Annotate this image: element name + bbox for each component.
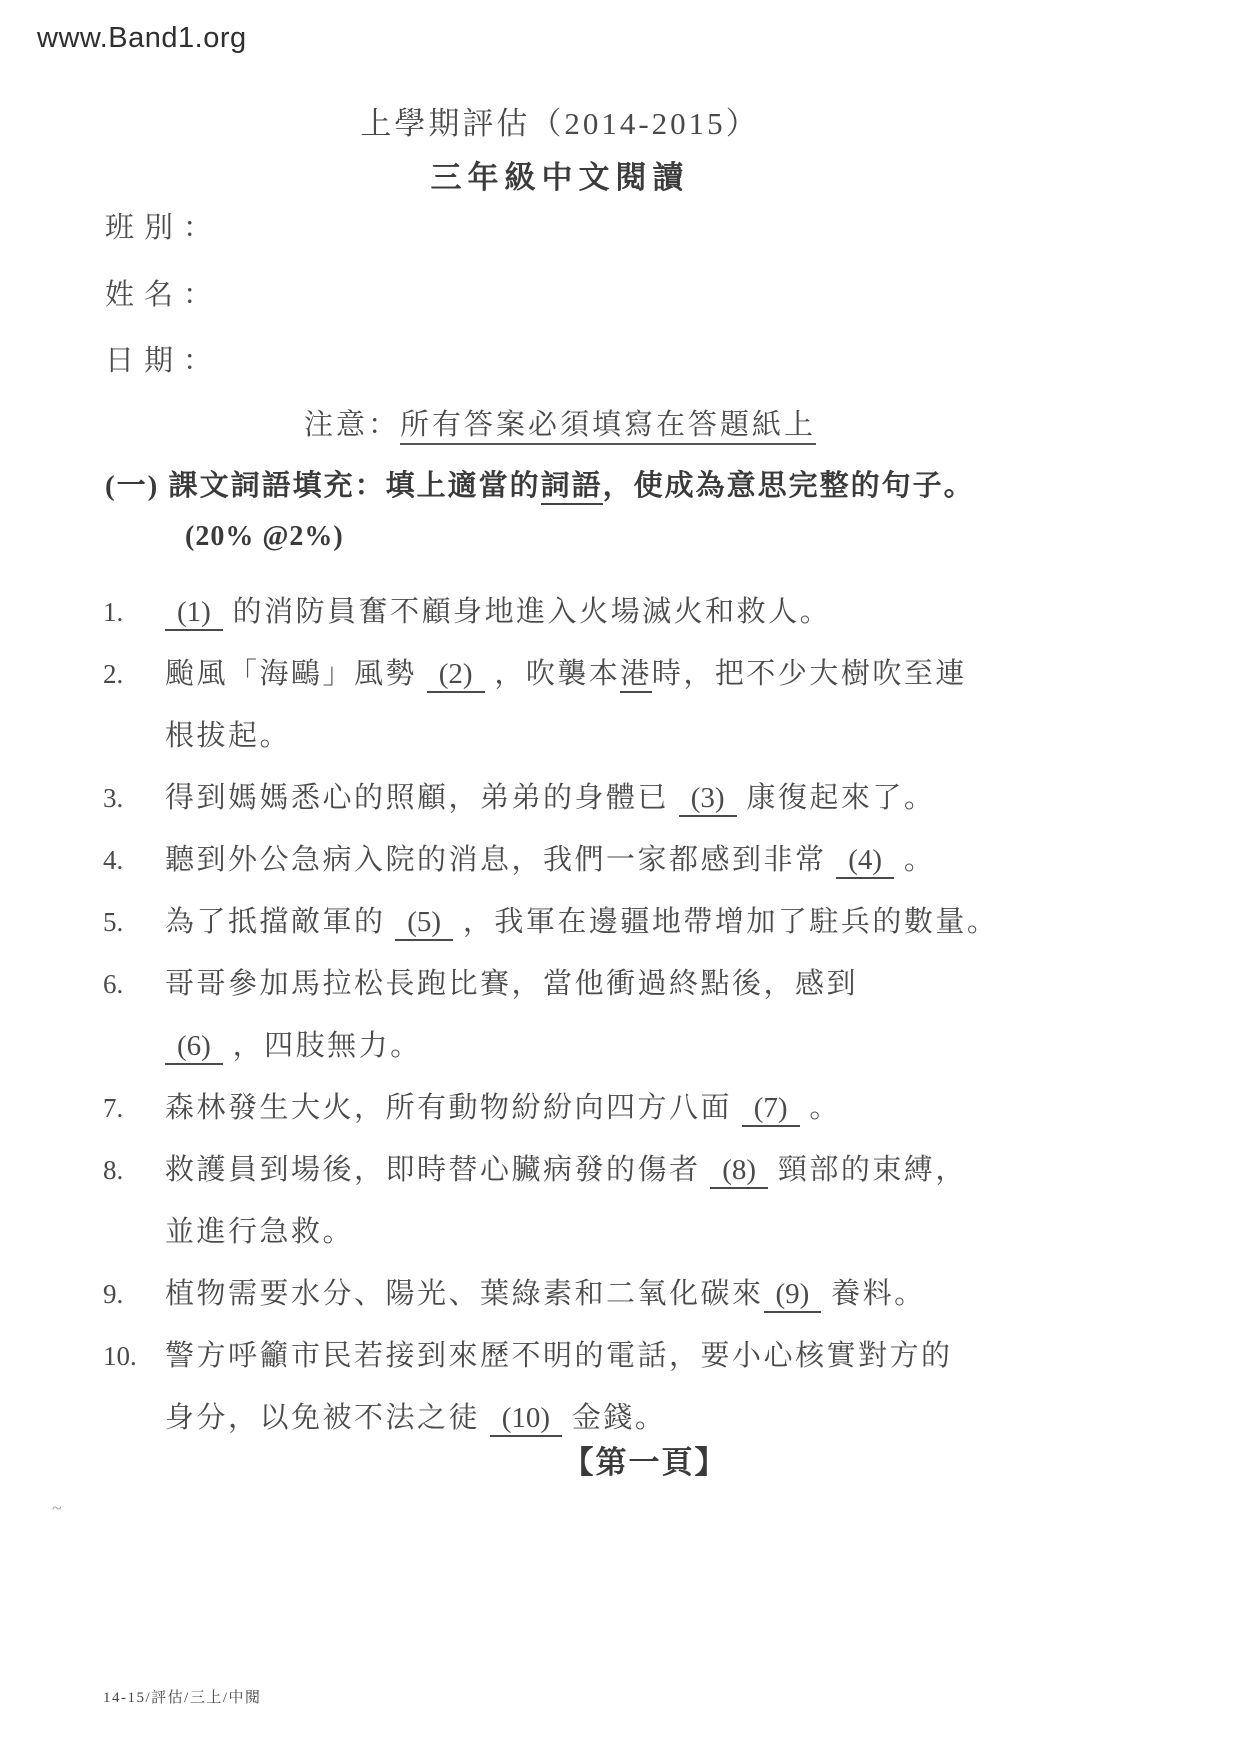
answer-blank: (5) — [395, 906, 453, 941]
question-text: 的消防員奮不顧身地進入火場滅火和救人。 — [223, 596, 831, 628]
question-text: 頸部的束縛， — [768, 1154, 967, 1186]
section-marks: (20% @2%) — [185, 521, 344, 553]
question-text: 養料。 — [821, 1278, 925, 1310]
question-row: 3.得到媽媽悉心的照顧，弟弟的身體已 (3) 康復起來了。 — [103, 778, 1123, 840]
question-row: 2.颱風「海鷗」風勢 (2) ，吹襲本港時，把不少大樹吹至連根拔起。 — [103, 654, 1123, 778]
question-line: 植物需要水分、陽光、葉綠素和二氧化碳來(9) 養料。 — [165, 1274, 1123, 1314]
question-line: 哥哥參加馬拉松長跑比賽，當他衝過終點後，感到 — [165, 964, 1123, 1004]
question-text: 植物需要水分、陽光、葉綠素和二氧化碳來 — [165, 1278, 764, 1310]
underlined-text: 港 — [620, 658, 652, 693]
question-text: ，吹襲本 — [485, 658, 621, 690]
answer-blank: (3) — [679, 782, 737, 817]
section-label: (一) — [105, 470, 159, 502]
question-text: 。 — [894, 844, 935, 876]
question-row: 6.哥哥參加馬拉松長跑比賽，當他衝過終點後，感到(6) ，四肢無力。 — [103, 964, 1123, 1088]
question-number: 9. — [103, 1274, 165, 1314]
question-text: 為了抵擋敵軍的 — [165, 906, 395, 938]
question-line: 森林發生大火，所有動物紛紛向四方八面 (7) 。 — [165, 1088, 1123, 1128]
field-date-label: 日期： — [105, 338, 222, 379]
section-heading-underlined: 詞語 — [541, 470, 603, 505]
question-line: 救護員到場後，即時替心臟病發的傷者 (8) 頸部的束縛， — [165, 1150, 1123, 1190]
question-body: 聽到外公急病入院的消息，我們一家都感到非常 (4) 。 — [165, 840, 1123, 902]
exam-title: 上學期評估（2014-2015） — [60, 98, 1060, 143]
question-line: 為了抵擋敵軍的 (5) ，我軍在邊疆地帶增加了駐兵的數量。 — [165, 902, 1123, 942]
page-marker: 【第一頁】 — [60, 1437, 1230, 1482]
question-text: 身分，以免被不法之徒 — [165, 1402, 490, 1434]
answer-blank: (6) — [165, 1030, 223, 1065]
question-line: 聽到外公急病入院的消息，我們一家都感到非常 (4) 。 — [165, 840, 1123, 880]
question-text: 救護員到場後，即時替心臟病發的傷者 — [165, 1154, 710, 1186]
question-line: 並進行急救。 — [165, 1212, 1123, 1252]
answer-blank: (8) — [710, 1154, 768, 1189]
answer-blank: (4) — [836, 844, 894, 879]
question-text: 金錢。 — [562, 1402, 666, 1434]
question-text: 森林發生大火，所有動物紛紛向四方八面 — [165, 1092, 742, 1124]
answer-blank: (1) — [165, 596, 223, 631]
question-body: 颱風「海鷗」風勢 (2) ，吹襲本港時，把不少大樹吹至連根拔起。 — [165, 654, 1123, 778]
notice-prefix: 注意： — [304, 409, 400, 441]
question-text: 時，把不少大樹吹至連 — [652, 658, 967, 690]
question-body: 救護員到場後，即時替心臟病發的傷者 (8) 頸部的束縛，並進行急救。 — [165, 1150, 1123, 1274]
question-line: 颱風「海鷗」風勢 (2) ，吹襲本港時，把不少大樹吹至連 — [165, 654, 1123, 694]
field-class-label: 班別： — [105, 205, 222, 246]
question-number: 5. — [103, 902, 165, 942]
section-heading-pre: 課文詞語填充：填上適當的 — [169, 470, 541, 502]
question-line: 警方呼籲市民若接到來歷不明的電話，要小心核實對方的 — [165, 1336, 1123, 1376]
question-text: 根拔起。 — [165, 720, 291, 752]
question-row: 7.森林發生大火，所有動物紛紛向四方八面 (7) 。 — [103, 1088, 1123, 1150]
question-text: 得到媽媽悉心的照顧，弟弟的身體已 — [165, 782, 679, 814]
question-number: 2. — [103, 654, 165, 694]
footer-reference: 14-15/評估/三上/中閱 — [103, 1686, 262, 1707]
question-row: 4.聽到外公急病入院的消息，我們一家都感到非常 (4) 。 — [103, 840, 1123, 902]
question-body: 植物需要水分、陽光、葉綠素和二氧化碳來(9) 養料。 — [165, 1274, 1123, 1336]
question-number: 4. — [103, 840, 165, 880]
scan-artifact-mark: ~ — [52, 1498, 62, 1519]
question-row: 9.植物需要水分、陽光、葉綠素和二氧化碳來(9) 養料。 — [103, 1274, 1123, 1336]
question-body: 得到媽媽悉心的照顧，弟弟的身體已 (3) 康復起來了。 — [165, 778, 1123, 840]
section-one-heading: (一) 課文詞語填充：填上適當的詞語，使成為意思完整的句子。 — [105, 463, 1185, 504]
answer-blank: (7) — [742, 1092, 800, 1127]
question-number: 1. — [103, 592, 165, 632]
question-text: ，我軍在邊疆地帶增加了駐兵的數量。 — [453, 906, 998, 938]
question-row: 5.為了抵擋敵軍的 (5) ，我軍在邊疆地帶增加了駐兵的數量。 — [103, 902, 1123, 964]
question-body: 為了抵擋敵軍的 (5) ，我軍在邊疆地帶增加了駐兵的數量。 — [165, 902, 1123, 964]
section-heading-post: ，使成為意思完整的句子。 — [603, 470, 975, 502]
question-number: 3. — [103, 778, 165, 818]
question-line: 得到媽媽悉心的照顧，弟弟的身體已 (3) 康復起來了。 — [165, 778, 1123, 818]
question-text: 康復起來了。 — [737, 782, 936, 814]
notice-line: 注意：所有答案必須填寫在答題紙上 — [60, 402, 1060, 443]
answer-blank: (9) — [764, 1278, 822, 1313]
question-text: 。 — [800, 1092, 841, 1124]
question-text: 聽到外公急病入院的消息，我們一家都感到非常 — [165, 844, 836, 876]
question-line: 身分，以免被不法之徒 (10) 金錢。 — [165, 1398, 1123, 1438]
question-text: 哥哥參加馬拉松長跑比賽，當他衝過終點後，感到 — [165, 968, 858, 1000]
question-text: 並進行急救。 — [165, 1216, 354, 1248]
site-watermark: www.Band1.org — [37, 22, 247, 55]
question-text: ，四肢無力。 — [223, 1030, 422, 1062]
question-body: (1) 的消防員奮不顧身地進入火場滅火和救人。 — [165, 592, 1123, 654]
question-line: (1) 的消防員奮不顧身地進入火場滅火和救人。 — [165, 592, 1123, 632]
answer-blank: (2) — [427, 658, 485, 693]
notice-underlined-text: 所有答案必須填寫在答題紙上 — [400, 409, 816, 445]
exam-paper-page: www.Band1.org 上學期評估（2014-2015） 三年級中文閱讀 班… — [0, 0, 1240, 1754]
question-row: 8.救護員到場後，即時替心臟病發的傷者 (8) 頸部的束縛，並進行急救。 — [103, 1150, 1123, 1274]
question-number: 8. — [103, 1150, 165, 1190]
question-text: 颱風「海鷗」風勢 — [165, 658, 427, 690]
question-body: 哥哥參加馬拉松長跑比賽，當他衝過終點後，感到(6) ，四肢無力。 — [165, 964, 1123, 1088]
question-line: 根拔起。 — [165, 716, 1123, 756]
answer-blank: (10) — [490, 1402, 562, 1437]
question-body: 森林發生大火，所有動物紛紛向四方八面 (7) 。 — [165, 1088, 1123, 1150]
question-text: 警方呼籲市民若接到來歷不明的電話，要小心核實對方的 — [165, 1340, 953, 1372]
questions: 1.(1) 的消防員奮不顧身地進入火場滅火和救人。2.颱風「海鷗」風勢 (2) … — [103, 592, 1123, 1460]
field-name-label: 姓名： — [105, 272, 222, 313]
exam-subtitle: 三年級中文閱讀 — [60, 152, 1060, 197]
question-number: 10. — [103, 1336, 165, 1376]
question-row: 1.(1) 的消防員奮不顧身地進入火場滅火和救人。 — [103, 592, 1123, 654]
question-line: (6) ，四肢無力。 — [165, 1026, 1123, 1066]
question-number: 6. — [103, 964, 165, 1004]
question-number: 7. — [103, 1088, 165, 1128]
